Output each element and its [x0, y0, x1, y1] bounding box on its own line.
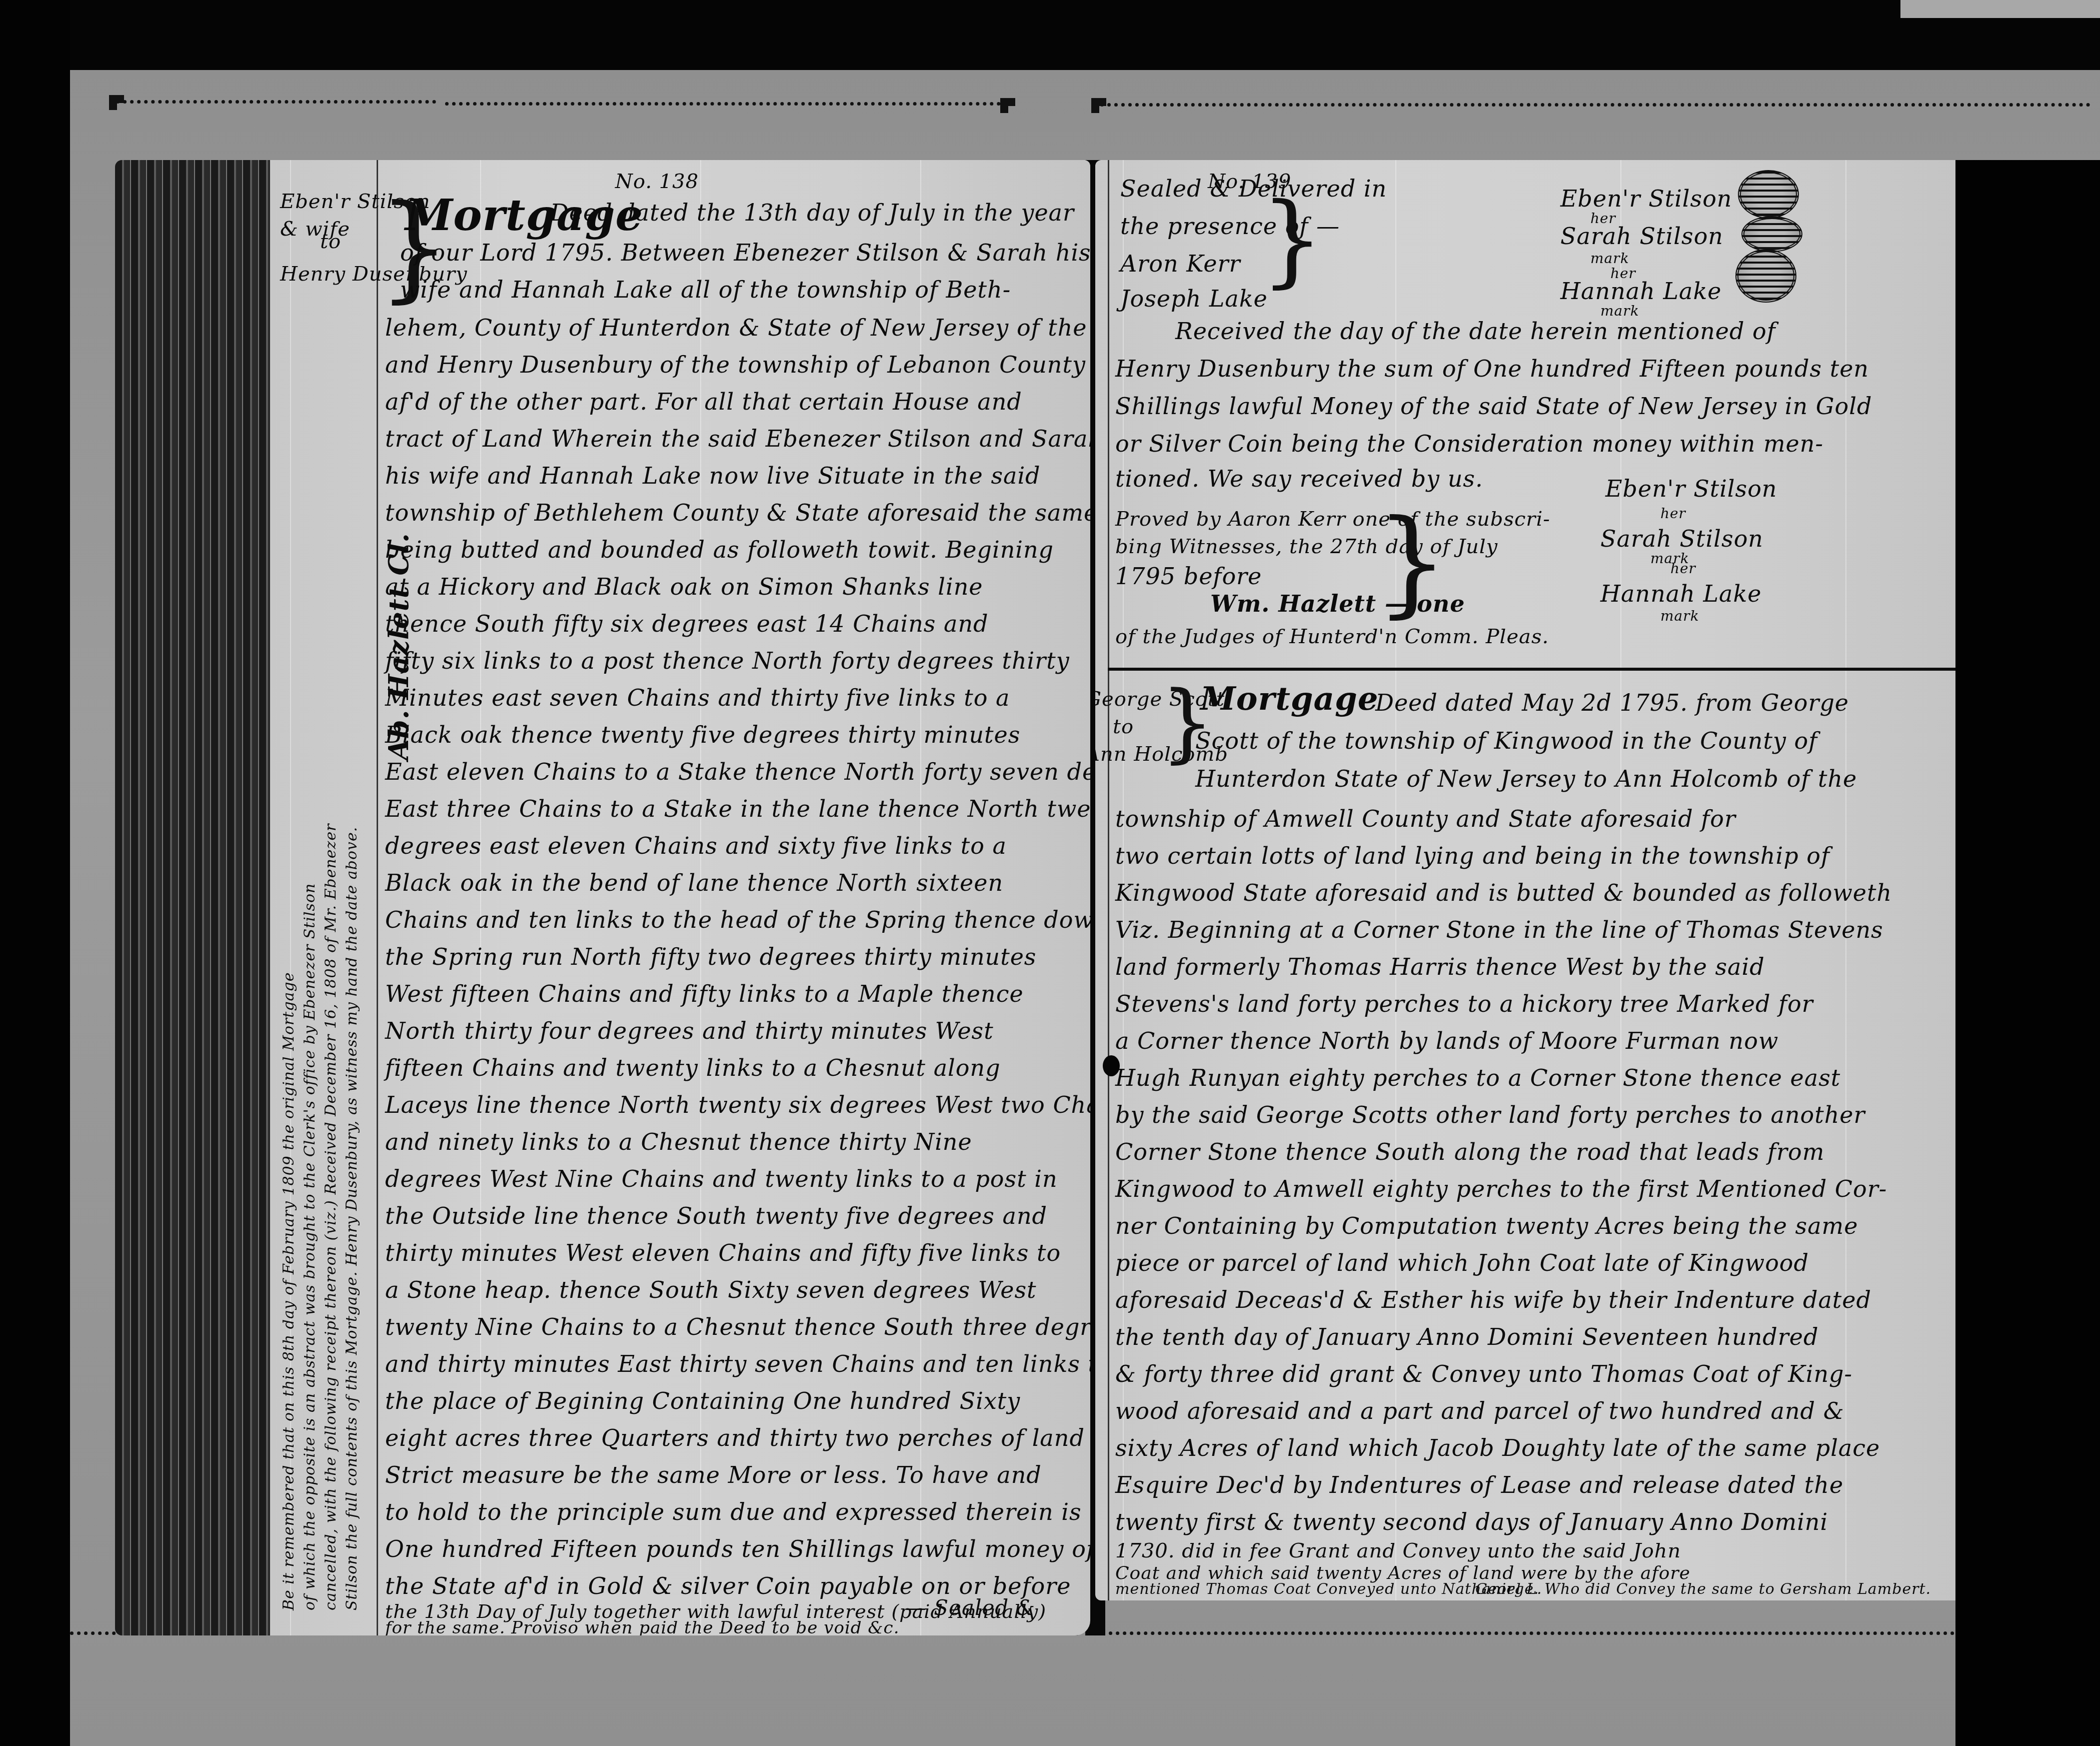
receipt-signature: Eben'r Stilson — [1605, 475, 1777, 502]
body-line: George. Who did Convey the same to Gersh… — [1475, 1580, 1931, 1598]
receipt-line: or Silver Coin being the Consideration m… — [1115, 430, 1823, 457]
proof-line: Proved by Aaron Kerr one of the subscri- — [1115, 508, 1550, 531]
witness-name: Joseph Lake — [1120, 285, 1268, 312]
body-line: Chains and ten links to the head of the … — [385, 906, 1090, 933]
body-line: Corner Stone thence South along the road… — [1115, 1138, 1824, 1165]
film-edge-strip — [1900, 0, 2100, 18]
signature-suffix: mark — [1590, 250, 1629, 267]
body-line: Kingwood to Amwell eighty perches to the… — [1115, 1175, 1887, 1202]
body-line: two certain lotts of land lying and bein… — [1115, 842, 1830, 869]
body-line: the Spring run North fifty two degrees t… — [385, 943, 1036, 970]
body-line: Kingwood State aforesaid and is butted &… — [1115, 879, 1892, 906]
body-line: fifteen Chains and twenty links to a Che… — [385, 1054, 1001, 1081]
body-line: eight acres three Quarters and thirty tw… — [385, 1424, 1085, 1451]
body-line: degrees east eleven Chains and sixty fiv… — [385, 832, 1007, 859]
discharge-note-line: Stilson the full contents of this Mortga… — [343, 827, 361, 1610]
body-line: and Henry Dusenbury of the township of L… — [385, 351, 1090, 378]
body-line: Hugh Runyan eighty perches to a Corner S… — [1115, 1064, 1840, 1091]
body-line: to hold to the principle sum due and exp… — [385, 1498, 1082, 1525]
body-line: twenty Nine Chains to a Chesnut thence S… — [385, 1313, 1090, 1340]
body-line: the place of Begining Containing One hun… — [385, 1387, 1020, 1414]
body-line: ner Containing by Computation twenty Acr… — [1115, 1212, 1858, 1239]
body-line: aforesaid Deceas'd & Esther his wife by … — [1115, 1286, 1871, 1313]
body-line: of our Lord 1795. Between Ebenezer Stils… — [400, 239, 1090, 266]
body-line: being butted and bounded as followeth to… — [385, 536, 1054, 563]
ink-blot — [1103, 1055, 1120, 1076]
entry-heading: Mortgage — [1200, 680, 1379, 718]
body-line: and thirty minutes East thirty seven Cha… — [385, 1350, 1090, 1377]
body-line: & forty three did grant & Convey unto Th… — [1115, 1360, 1852, 1387]
brace-icon: } — [1260, 190, 1324, 290]
body-line: at a Hickory and Black oak on Simon Shan… — [385, 573, 983, 600]
body-line: twenty first & twenty second days of Jan… — [1115, 1508, 1828, 1535]
body-line: by the said George Scotts other land for… — [1115, 1101, 1865, 1128]
body-line: Deed dated the 13th day of July in the y… — [550, 199, 1074, 226]
body-line: township of Bethlehem County & State afo… — [385, 499, 1090, 526]
body-line: for the same. Proviso when paid the Deed… — [385, 1618, 899, 1635]
witness-line: Sealed & Delivered in — [1120, 175, 1387, 202]
receipt-line: Shillings lawful Money of the said State… — [1115, 393, 1872, 420]
body-line: and ninety links to a Chesnut thence thi… — [385, 1128, 972, 1155]
discharge-note-line: cancelled, with the following receipt th… — [322, 824, 340, 1610]
body-line: wife and Hannah Lake all of the township… — [400, 276, 1011, 303]
body-line: the tenth day of January Anno Domini Sev… — [1115, 1323, 1818, 1350]
receipt-line: Received the day of the date herein ment… — [1175, 318, 1776, 345]
receipt-line: tioned. We say received by us. — [1115, 465, 1483, 492]
signature-suffix: mark — [1600, 303, 1639, 319]
body-line: Minutes east seven Chains and thirty fiv… — [385, 684, 1010, 711]
frame-dotted-rule-top-right — [1100, 103, 2090, 107]
receipt-signature: Sarah Stilson — [1600, 525, 1763, 552]
frame-dotted-rule-top-left — [116, 100, 436, 104]
body-line: Hunterdon State of New Jersey to Ann Hol… — [1195, 765, 1857, 792]
body-line: East three Chains to a Stake in the lane… — [385, 795, 1090, 822]
margin-party-connector: to — [1113, 715, 1134, 738]
frame-dotted-rule-bottom-right — [1088, 1631, 2088, 1635]
body-line: fifty six links to a post thence North f… — [385, 647, 1070, 674]
body-line: piece or parcel of land which John Coat … — [1115, 1249, 1809, 1276]
body-line: Stevens's land forty perches to a hickor… — [1115, 990, 1813, 1017]
body-line: a Corner thence North by lands of Moore … — [1115, 1027, 1778, 1054]
film-border-top — [0, 0, 2100, 70]
body-line: township of Amwell County and State afor… — [1115, 805, 1736, 832]
film-border-left — [0, 0, 70, 1746]
signature-prefix: her — [1670, 560, 1696, 577]
signature-name: Hannah Lake — [1560, 278, 1722, 305]
body-line: the Outside line thence South twenty fiv… — [385, 1202, 1047, 1229]
body-line: lehem, County of Hunterdon & State of Ne… — [385, 314, 1090, 341]
body-line: his wife and Hannah Lake now live Situat… — [385, 462, 1041, 489]
body-line: East eleven Chains to a Stake thence Nor… — [385, 758, 1090, 785]
margin-rule — [1108, 160, 1109, 1600]
proof-line: 1795 before — [1115, 563, 1262, 590]
frame-dotted-rule-top-mid — [445, 102, 1008, 106]
body-line: thirty minutes West eleven Chains and fi… — [385, 1239, 1061, 1266]
sealed-closing: — Sealed & — [905, 1595, 1035, 1620]
right-page: No. 139 Sealed & Delivered in the presen… — [1095, 160, 1955, 1600]
body-line: tract of Land Wherein the said Ebenezer … — [385, 425, 1090, 452]
signature-name: Eben'r Stilson — [1560, 185, 1732, 212]
body-line: a Stone heap. thence South Sixty seven d… — [385, 1276, 1036, 1303]
seal-icon — [1741, 216, 1802, 252]
signature-suffix: mark — [1660, 608, 1699, 624]
left-page: No. 138 Eben'r Stilson & wife to Henry D… — [270, 160, 1090, 1635]
signature-prefix: her — [1660, 505, 1686, 522]
entry-divider — [1108, 668, 1955, 671]
body-line: Scott of the township of Kingwood in the… — [1195, 727, 1817, 754]
body-line: Esquire Dec'd by Indentures of Lease and… — [1115, 1471, 1843, 1498]
body-line: Strict measure be the same More or less.… — [385, 1461, 1042, 1488]
body-line: 1730. did in fee Grant and Convey unto t… — [1115, 1539, 1681, 1562]
discharge-note-line: Be it remembered that on this 8th day of… — [280, 972, 298, 1610]
margin-rule — [377, 160, 378, 1635]
body-line: Viz. Beginning at a Corner Stone in the … — [1115, 916, 1883, 943]
proof-line: of the Judges of Hunterd'n Comm. Pleas. — [1115, 625, 1549, 648]
body-line: land formerly Thomas Harris thence West … — [1115, 953, 1765, 980]
body-line: Deed dated May 2d 1795. from George — [1375, 689, 1849, 716]
body-line: Black oak thence twenty five degrees thi… — [385, 721, 1020, 748]
body-line: Black oak in the bend of lane thence Nor… — [385, 869, 1003, 896]
receipt-line: Henry Dusenbury the sum of One hundred F… — [1115, 355, 1869, 382]
receipt-signature: Hannah Lake — [1600, 580, 1762, 607]
body-line: North thirty four degrees and thirty min… — [385, 1017, 994, 1044]
seal-icon — [1735, 249, 1796, 303]
seal-icon — [1738, 170, 1799, 219]
book-page-edges — [115, 160, 270, 1635]
brace-icon: } — [1375, 505, 1448, 620]
frame-corner-marker — [109, 95, 117, 110]
film-border-right — [1955, 160, 2100, 1746]
body-line: af'd of the other part. For all that cer… — [385, 388, 1022, 415]
body-line: West fifteen Chains and fifty links to a… — [385, 980, 1024, 1007]
discharge-note-line: of which the opposite is an abstract was… — [301, 883, 319, 1610]
frame-corner-marker — [1091, 98, 1099, 113]
body-line: One hundred Fifteen pounds ten Shillings… — [385, 1535, 1090, 1562]
witness-name: Aron Kerr — [1120, 250, 1240, 277]
body-line: thence South fifty six degrees east 14 C… — [385, 610, 988, 637]
body-line: wood aforesaid and a part and parcel of … — [1115, 1397, 1844, 1424]
body-line: Laceys line thence North twenty six degr… — [385, 1091, 1090, 1118]
body-line: degrees West Nine Chains and twenty link… — [385, 1165, 1058, 1192]
margin-party-connector: to — [320, 230, 341, 253]
body-line: sixty Acres of land which Jacob Doughty … — [1115, 1434, 1880, 1461]
clerk-signature-vertical: Ab. Hazlett Cl. — [383, 533, 415, 760]
frame-corner-marker — [1000, 98, 1008, 113]
signature-name: Sarah Stilson — [1560, 223, 1723, 250]
